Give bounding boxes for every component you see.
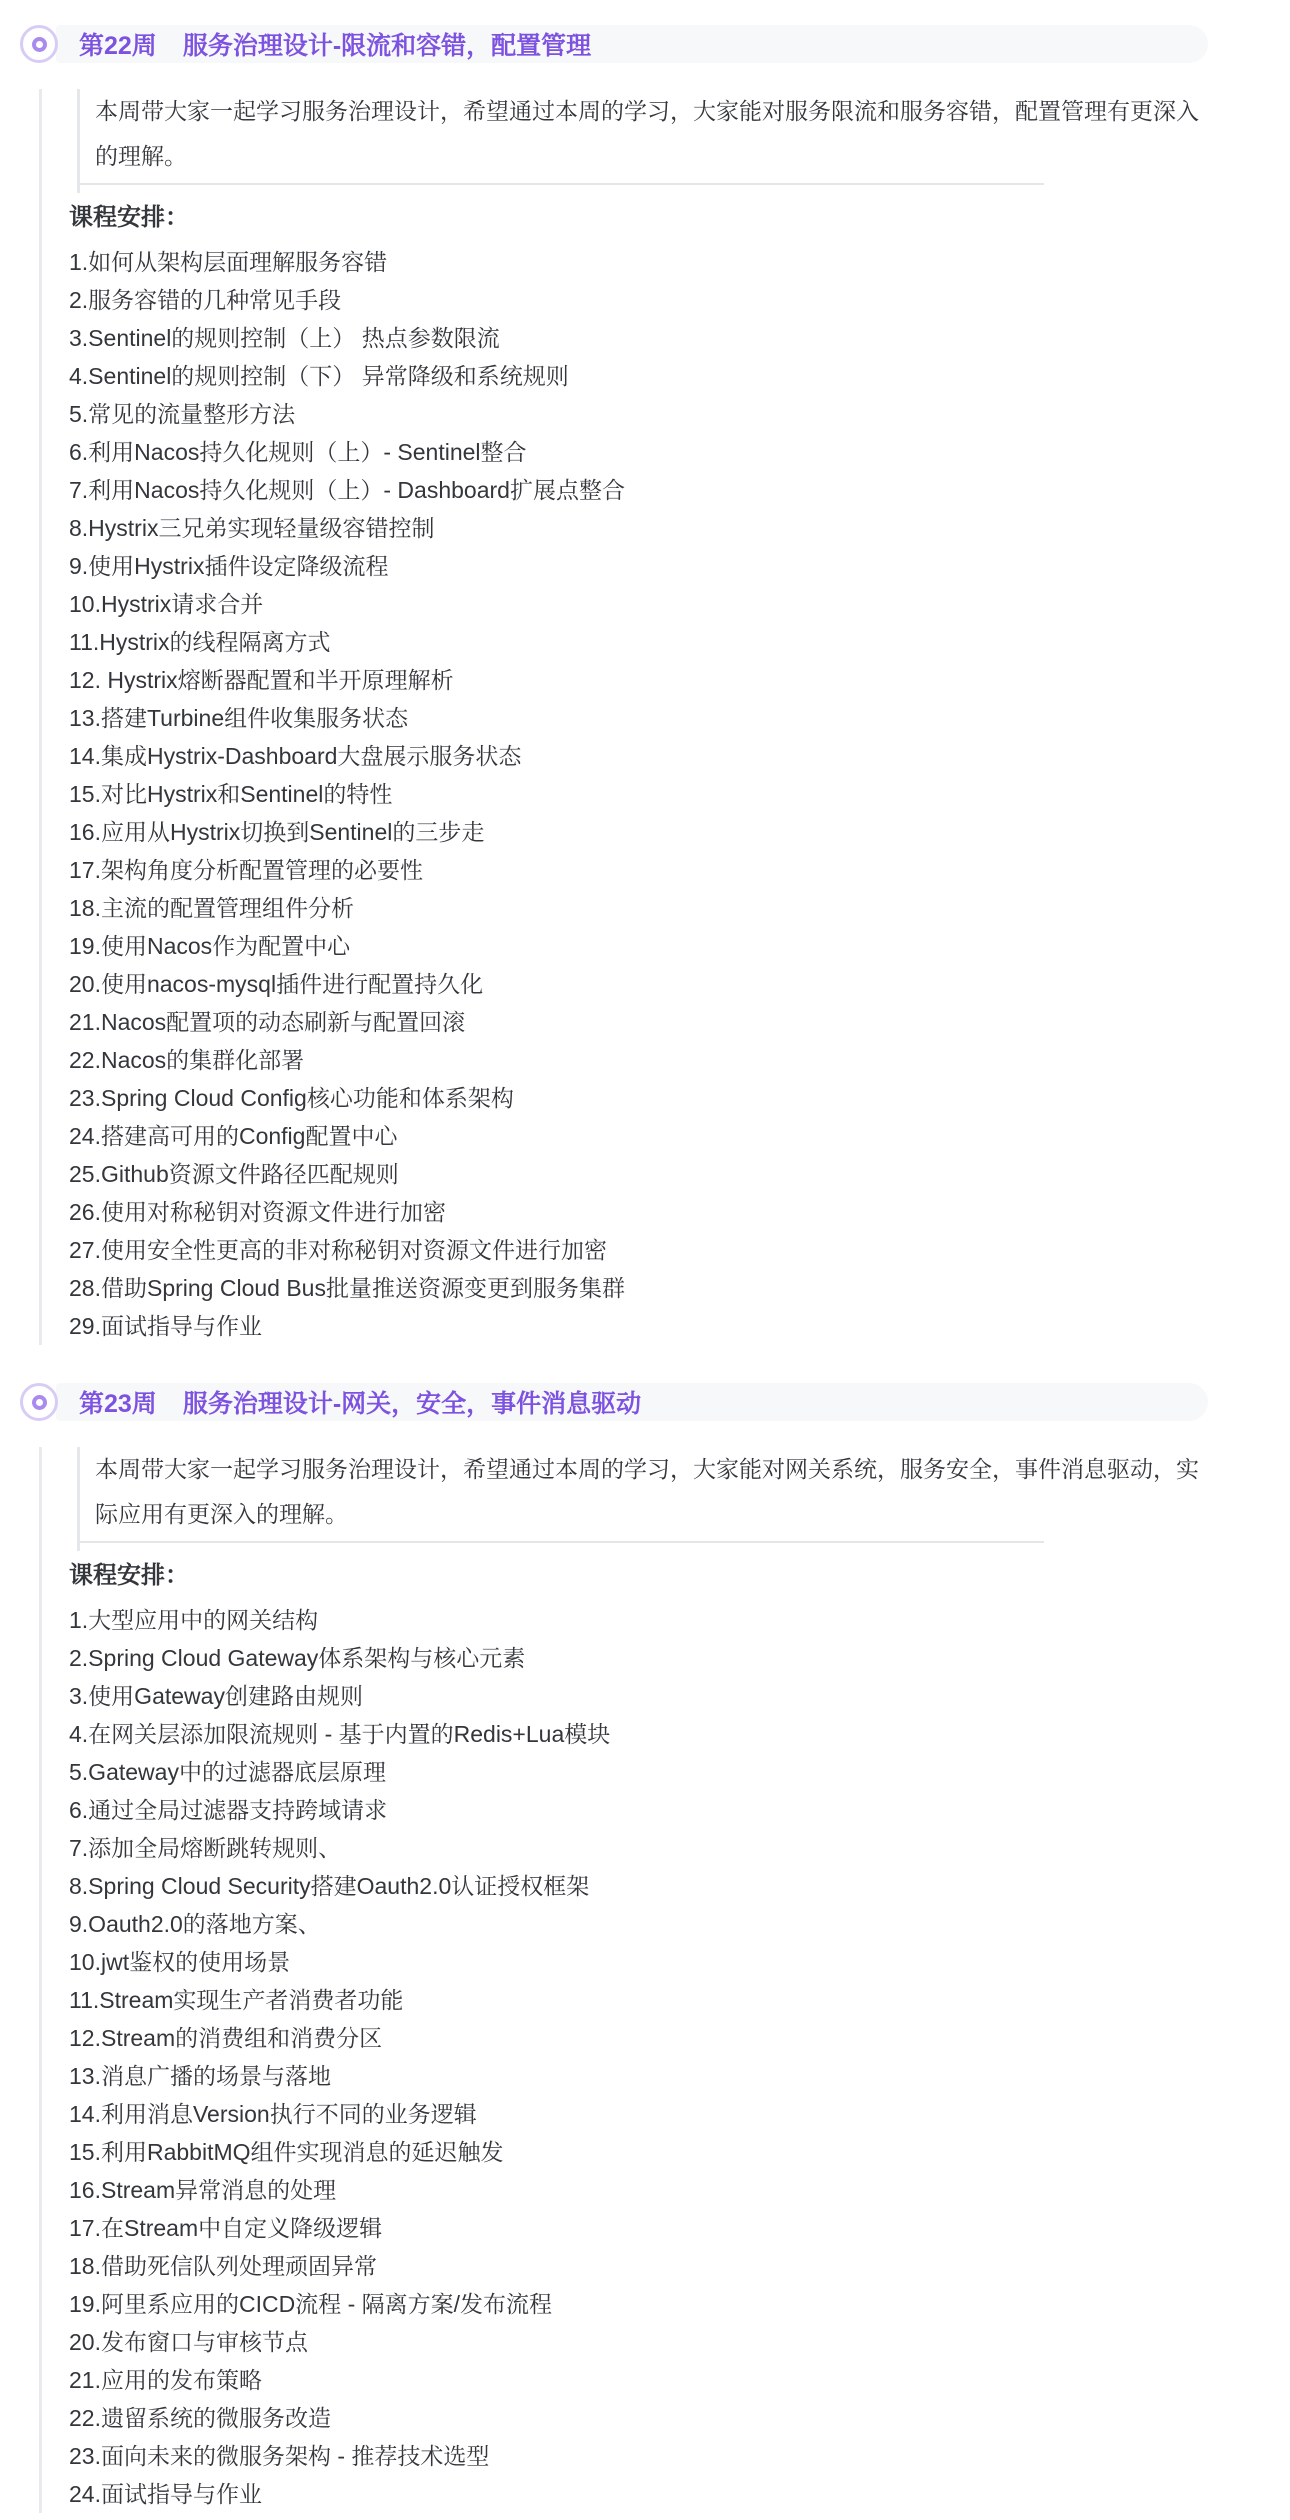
lesson-item: 24.面试指导与作业 bbox=[69, 2475, 1290, 2513]
lesson-item: 24.搭建高可用的Config配置中心 bbox=[69, 1117, 1290, 1155]
course-outline: 第22周 服务治理设计-限流和容错，配置管理 本周带大家一起学习服务治理设计，希… bbox=[0, 0, 1290, 2513]
week-body: 本周带大家一起学习服务治理设计，希望通过本周的学习，大家能对服务限流和服务容错，… bbox=[39, 89, 1290, 1345]
lesson-item: 12.Stream的消费组和消费分区 bbox=[69, 2019, 1290, 2057]
lesson-item: 27.使用安全性更高的非对称秘钥对资源文件进行加密 bbox=[69, 1231, 1290, 1269]
week-header-bar: 第23周 服务治理设计-网关，安全，事件消息驱动 bbox=[56, 1383, 1208, 1421]
lesson-item: 3.使用Gateway创建路由规则 bbox=[69, 1677, 1290, 1715]
lesson-item: 5.Gateway中的过滤器底层原理 bbox=[69, 1753, 1290, 1791]
lesson-item: 17.在Stream中自定义降级逻辑 bbox=[69, 2209, 1290, 2247]
lesson-item: 10.Hystrix请求合并 bbox=[69, 585, 1290, 623]
schedule-heading: 课程安排： bbox=[69, 203, 1290, 233]
lesson-item: 15.对比Hystrix和Sentinel的特性 bbox=[69, 775, 1290, 813]
week-section: 第23周 服务治理设计-网关，安全，事件消息驱动 本周带大家一起学习服务治理设计… bbox=[0, 1383, 1290, 2513]
lesson-item: 17.架构角度分析配置管理的必要性 bbox=[69, 851, 1290, 889]
intro-text: 本周带大家一起学习服务治理设计，希望通过本周的学习，大家能对服务限流和服务容错，… bbox=[80, 89, 1201, 179]
week-body: 本周带大家一起学习服务治理设计，希望通过本周的学习，大家能对网关系统，服务安全，… bbox=[39, 1447, 1290, 2513]
lesson-item: 1.如何从架构层面理解服务容错 bbox=[69, 243, 1290, 281]
lesson-item: 18.借助死信队列处理顽固异常 bbox=[69, 2247, 1290, 2285]
lesson-item: 14.利用消息Version执行不同的业务逻辑 bbox=[69, 2095, 1290, 2133]
intro-divider bbox=[77, 1541, 1044, 1543]
intro-quote: 本周带大家一起学习服务治理设计，希望通过本周的学习，大家能对网关系统，服务安全，… bbox=[77, 1447, 1290, 1551]
bullseye-bullet-icon bbox=[20, 1383, 58, 1421]
bullseye-inner-dot bbox=[32, 1395, 47, 1410]
week-header-row: 第22周 服务治理设计-限流和容错，配置管理 bbox=[0, 25, 1290, 63]
lesson-item: 14.集成Hystrix-Dashboard大盘展示服务状态 bbox=[69, 737, 1290, 775]
lesson-item: 19.使用Nacos作为配置中心 bbox=[69, 927, 1290, 965]
intro-text: 本周带大家一起学习服务治理设计，希望通过本周的学习，大家能对网关系统，服务安全，… bbox=[80, 1447, 1201, 1537]
lesson-item: 21.Nacos配置项的动态刷新与配置回滚 bbox=[69, 1003, 1290, 1041]
lesson-item: 16.Stream异常消息的处理 bbox=[69, 2171, 1290, 2209]
lesson-item: 9.Oauth2.0的落地方案、 bbox=[69, 1905, 1290, 1943]
lesson-item: 21.应用的发布策略 bbox=[69, 2361, 1290, 2399]
lesson-item: 29.面试指导与作业 bbox=[69, 1307, 1290, 1345]
lesson-item: 16.应用从Hystrix切换到Sentinel的三步走 bbox=[69, 813, 1290, 851]
week-title: 服务治理设计-限流和容错，配置管理 bbox=[183, 26, 591, 62]
week-title: 服务治理设计-网关，安全，事件消息驱动 bbox=[183, 1384, 641, 1420]
lesson-item: 2.Spring Cloud Gateway体系架构与核心元素 bbox=[69, 1639, 1290, 1677]
lesson-item: 4.Sentinel的规则控制（下） 异常降级和系统规则 bbox=[69, 357, 1290, 395]
lesson-item: 2.服务容错的几种常见手段 bbox=[69, 281, 1290, 319]
lesson-item: 12. Hystrix熔断器配置和半开原理解析 bbox=[69, 661, 1290, 699]
lesson-item: 22.遗留系统的微服务改造 bbox=[69, 2399, 1290, 2437]
lesson-item: 6.通过全局过滤器支持跨域请求 bbox=[69, 1791, 1290, 1829]
lesson-item: 6.利用Nacos持久化规则（上）- Sentinel整合 bbox=[69, 433, 1290, 471]
lesson-item: 23.Spring Cloud Config核心功能和体系架构 bbox=[69, 1079, 1290, 1117]
lesson-item: 18.主流的配置管理组件分析 bbox=[69, 889, 1290, 927]
lesson-item: 23.面向未来的微服务架构 - 推荐技术选型 bbox=[69, 2437, 1290, 2475]
lesson-item: 20.使用nacos-mysql插件进行配置持久化 bbox=[69, 965, 1290, 1003]
lesson-list: 1.如何从架构层面理解服务容错2.服务容错的几种常见手段3.Sentinel的规… bbox=[69, 243, 1290, 1345]
week-number-label: 第23周 bbox=[79, 1384, 157, 1420]
lesson-item: 3.Sentinel的规则控制（上） 热点参数限流 bbox=[69, 319, 1290, 357]
lesson-item: 15.利用RabbitMQ组件实现消息的延迟触发 bbox=[69, 2133, 1290, 2171]
week-number-label: 第22周 bbox=[79, 26, 157, 62]
lesson-item: 10.jwt鉴权的使用场景 bbox=[69, 1943, 1290, 1981]
lesson-item: 5.常见的流量整形方法 bbox=[69, 395, 1290, 433]
lesson-item: 9.使用Hystrix插件设定降级流程 bbox=[69, 547, 1290, 585]
bullseye-bullet-icon bbox=[20, 25, 58, 63]
lesson-item: 11.Stream实现生产者消费者功能 bbox=[69, 1981, 1290, 2019]
lesson-item: 25.Github资源文件路径匹配规则 bbox=[69, 1155, 1290, 1193]
lesson-item: 8.Spring Cloud Security搭建Oauth2.0认证授权框架 bbox=[69, 1867, 1290, 1905]
bullseye-inner-dot bbox=[32, 37, 47, 52]
schedule-heading: 课程安排： bbox=[69, 1561, 1290, 1591]
intro-quote: 本周带大家一起学习服务治理设计，希望通过本周的学习，大家能对服务限流和服务容错，… bbox=[77, 89, 1290, 193]
intro-divider bbox=[77, 183, 1044, 185]
week-header-row: 第23周 服务治理设计-网关，安全，事件消息驱动 bbox=[0, 1383, 1290, 1421]
lesson-item: 11.Hystrix的线程隔离方式 bbox=[69, 623, 1290, 661]
lesson-item: 28.借助Spring Cloud Bus批量推送资源变更到服务集群 bbox=[69, 1269, 1290, 1307]
lesson-list: 1.大型应用中的网关结构2.Spring Cloud Gateway体系架构与核… bbox=[69, 1601, 1290, 2513]
lesson-item: 7.添加全局熔断跳转规则、 bbox=[69, 1829, 1290, 1867]
week-section: 第22周 服务治理设计-限流和容错，配置管理 本周带大家一起学习服务治理设计，希… bbox=[0, 25, 1290, 1345]
lesson-item: 4.在网关层添加限流规则 - 基于内置的Redis+Lua模块 bbox=[69, 1715, 1290, 1753]
lesson-item: 13.搭建Turbine组件收集服务状态 bbox=[69, 699, 1290, 737]
lesson-item: 1.大型应用中的网关结构 bbox=[69, 1601, 1290, 1639]
lesson-item: 20.发布窗口与审核节点 bbox=[69, 2323, 1290, 2361]
lesson-item: 26.使用对称秘钥对资源文件进行加密 bbox=[69, 1193, 1290, 1231]
lesson-item: 19.阿里系应用的CICD流程 - 隔离方案/发布流程 bbox=[69, 2285, 1290, 2323]
lesson-item: 7.利用Nacos持久化规则（上）- Dashboard扩展点整合 bbox=[69, 471, 1290, 509]
lesson-item: 13.消息广播的场景与落地 bbox=[69, 2057, 1290, 2095]
lesson-item: 22.Nacos的集群化部署 bbox=[69, 1041, 1290, 1079]
week-header-bar: 第22周 服务治理设计-限流和容错，配置管理 bbox=[56, 25, 1208, 63]
lesson-item: 8.Hystrix三兄弟实现轻量级容错控制 bbox=[69, 509, 1290, 547]
